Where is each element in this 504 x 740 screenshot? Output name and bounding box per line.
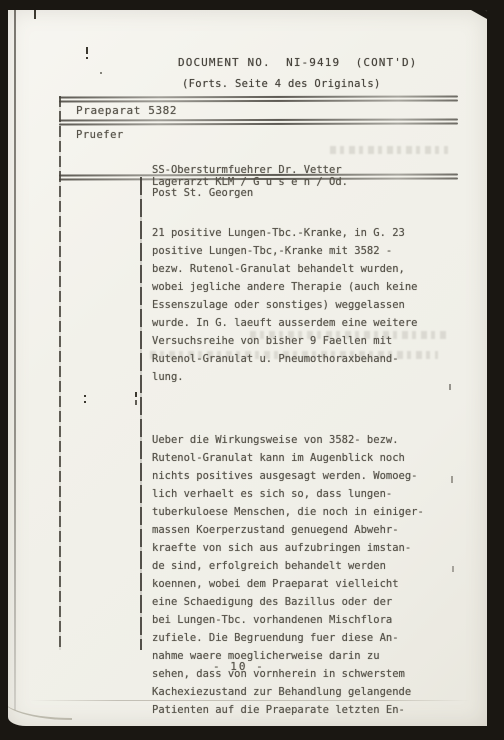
typed-line: wurde. In G. laeuft ausserdem eine weite… (152, 314, 452, 332)
ink-bleedthrough-smudge (330, 146, 448, 154)
typed-line: nichts positives ausgesagt werden. Womoe… (152, 467, 452, 485)
ink-speck (34, 10, 36, 19)
ink-speck (452, 566, 454, 572)
praeparat-field: Praeparat 5382 (76, 104, 177, 117)
typed-line: kraefte von sich aus aufzubringen imstan… (152, 539, 452, 557)
ink-bleedthrough-smudge (150, 351, 438, 359)
paragraph-effect-discussion: Ueber die Wirkungsweise von 3582- bezw.R… (152, 395, 452, 719)
typed-line: lich verhaelt es sich so, dass lungen- (152, 485, 452, 503)
ink-speck (86, 47, 88, 54)
typed-line: massen Koerperzustand genuegend Abwehr- (152, 521, 452, 539)
typed-line: koennen, wobei dem Praeparat vielleicht (152, 575, 452, 593)
typed-line: Ueber die Wirkungsweise von 3582- bezw. (152, 431, 452, 449)
typed-line: nahme waere moeglicherweise darin zu (152, 647, 452, 665)
typed-line: Essenszulage oder sonstiges) weggelassen (152, 296, 452, 314)
page-spine-edge (14, 10, 16, 710)
typed-line: bezw. Rutenol-Granulat behandelt wurden, (152, 260, 452, 278)
ink-speck (135, 392, 137, 397)
page-number: - 10 - (213, 660, 265, 673)
page-curl-edge (8, 696, 72, 720)
table-rule-mid-2 (59, 122, 458, 125)
ink-bleedthrough-smudge (250, 331, 448, 339)
typed-line: tuberkuloese Menschen, die noch in einig… (152, 503, 452, 521)
typed-line: Rutenol-Granulat kann im Augenblick noch (152, 449, 452, 467)
body-text-column: 21 positive Lungen-Tbc.-Kranke, in G. 23… (152, 188, 452, 719)
typed-line: bei Lungen-Tbc. vorhandenen Mischflora (152, 611, 452, 629)
page-corner-shadow (471, 10, 487, 19)
ink-speck (449, 384, 451, 390)
typed-line: Kachexiezustand zur Behandlung gelangend… (152, 683, 452, 701)
ink-speck (451, 476, 453, 483)
typed-line: wobei jegliche andere Therapie (auch kei… (152, 278, 452, 296)
typed-line: positive Lungen-Tbc,-Kranke mit 3582 - (152, 242, 452, 260)
typed-line: de sind, erfolgreich behandelt werden (152, 557, 452, 575)
scanned-document-page: DOCUMENT NO. NI-9419 (CONT'D) (Forts. Se… (8, 10, 487, 726)
table-rule-top-2 (59, 99, 458, 102)
table-rule-top-1 (59, 95, 458, 98)
ink-speck (100, 72, 102, 74)
document-number-header: DOCUMENT NO. NI-9419 (CONT'D) (178, 56, 417, 69)
table-left-border (59, 96, 61, 650)
typed-line: zufiele. Die Begruendung fuer diese An- (152, 629, 452, 647)
pruefer-line: SS-Obersturmfuehrer Dr. Vetter (152, 165, 348, 177)
document-continuation-note: (Forts. Seite 4 des Originals) (182, 78, 381, 90)
typed-line: sehen, dass von vornherein in schwerstem (152, 665, 452, 683)
typed-line: lung. (152, 368, 452, 386)
pruefer-label: Pruefer (76, 129, 124, 141)
ink-speck (84, 395, 86, 397)
table-rule-mid-1 (59, 118, 458, 121)
typed-line: 21 positive Lungen-Tbc.-Kranke, in G. 23 (152, 224, 452, 242)
typed-line: Patienten auf die Praeparate letzten En- (152, 701, 452, 719)
typed-line: eine Schaedigung des Bazillus oder der (152, 593, 452, 611)
table-column-divider (140, 177, 142, 650)
